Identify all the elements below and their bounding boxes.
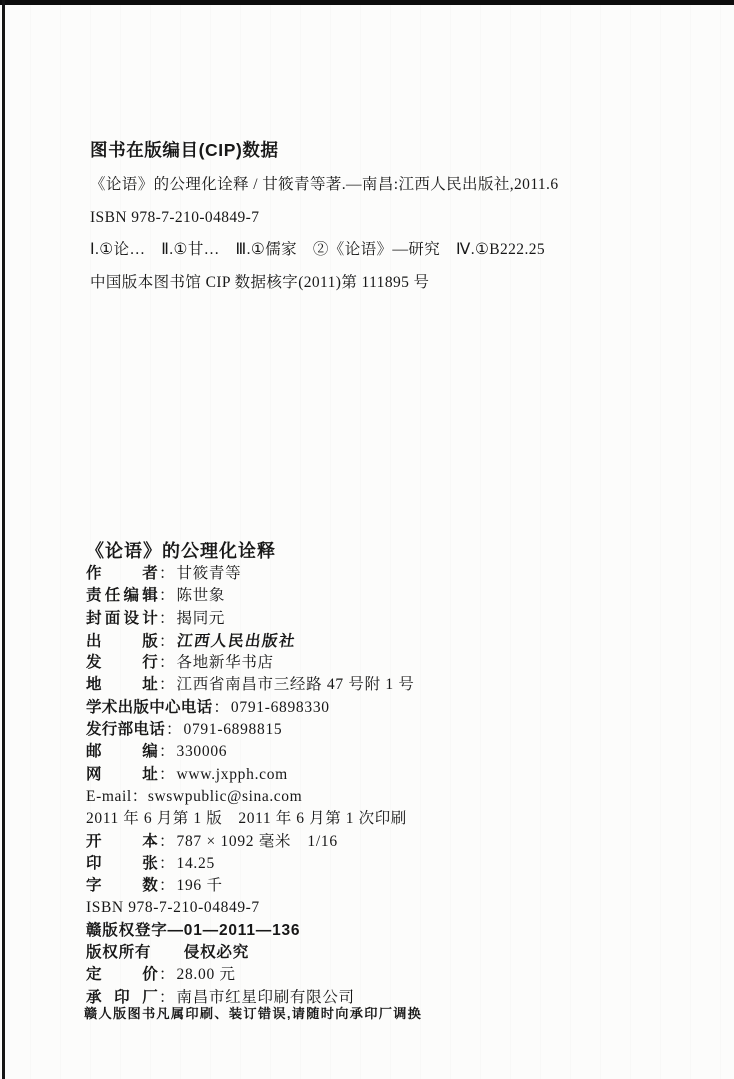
colon: ：: [159, 608, 175, 630]
colon: ：: [159, 875, 175, 897]
field-distributor-label: 发行: [86, 652, 158, 674]
book-copyright-page: 图书在版编目(CIP)数据 《论语》的公理化诠释 / 甘筱青等著.—南昌:江西人…: [0, 0, 734, 1079]
colon: ：: [159, 853, 175, 875]
colon: ：: [159, 563, 175, 585]
field-printed-sheets-value: 14.25: [177, 855, 215, 872]
field-academic-center-phone-value: 0791-6898330: [231, 699, 330, 716]
cip-block: 图书在版编目(CIP)数据 《论语》的公理化诠释 / 甘筱青等著.—南昌:江西人…: [90, 139, 690, 299]
field-postal-code-value: 330006: [177, 743, 228, 760]
cip-classification-line: Ⅰ.①论… Ⅱ.①甘… Ⅲ.①儒家 ②《论语》—研究 Ⅳ.①B222.25: [90, 234, 690, 267]
field-managing-editor-label: 责任编辑: [86, 585, 158, 607]
field-word-count-value: 196 千: [177, 877, 223, 894]
field-postal-code-label: 邮编: [86, 741, 158, 763]
field-registration-number: 赣版权登字—01—2011—136: [86, 920, 706, 942]
cip-heading: 图书在版编目(CIP)数据: [90, 139, 690, 161]
field-email: E-mail：swswpublic@sina.com: [86, 786, 706, 808]
copyright-notice: 版权所有 侵权必究: [86, 942, 706, 964]
field-word-count: 字数：196 千: [86, 875, 706, 897]
page-left-edge: [2, 0, 5, 1079]
cip-record-number-line: 中国版本图书馆 CIP 数据核字(2011)第 111895 号: [90, 267, 690, 300]
field-publisher-value: 江西人民出版社: [175, 630, 297, 652]
field-academic-center-phone: 学术出版中心电话：0791-6898330: [86, 697, 706, 719]
field-website-value: www.jxpph.com: [177, 766, 288, 783]
field-publisher: 出版：江西人民出版社: [86, 630, 706, 652]
field-distributor-value: 各地新华书店: [177, 654, 274, 671]
colophon-block: 作者：甘筱青等 责任编辑：陈世象 封面设计：揭同元 出版：江西人民出版社 发行：…: [86, 563, 706, 1009]
field-format: 开本：787 × 1092 毫米 1/16: [86, 831, 706, 853]
field-distribution-phone-label: 发行部电话: [86, 719, 165, 741]
field-cover-designer-label: 封面设计: [86, 608, 158, 630]
field-postal-code: 邮编：330006: [86, 741, 706, 763]
field-distribution-phone-value: 0791-6898815: [184, 721, 283, 738]
colon: ：: [159, 585, 175, 607]
field-address: 地址：江西省南昌市三经路 47 号附 1 号: [86, 674, 706, 696]
colon: ：: [159, 652, 175, 674]
field-distribution-phone: 发行部电话：0791-6898815: [86, 719, 706, 741]
colon: ：: [213, 697, 229, 719]
field-cover-designer-value: 揭同元: [177, 610, 226, 627]
field-author-label: 作者: [86, 563, 158, 585]
field-academic-center-phone-label: 学术出版中心电话: [86, 697, 212, 719]
field-address-value: 江西省南昌市三经路 47 号附 1 号: [177, 676, 415, 693]
field-isbn-text: ISBN 978-7-210-04849-7: [86, 899, 260, 916]
field-format-label: 开本: [86, 831, 158, 853]
field-word-count-label: 字数: [86, 875, 158, 897]
field-website-label: 网址: [86, 764, 158, 786]
field-printed-sheets-label: 印张: [86, 853, 158, 875]
colon: ：: [159, 674, 175, 696]
field-edition-printing-text: 2011 年 6 月第 1 版 2011 年 6 月第 1 次印刷: [86, 810, 407, 827]
field-edition-printing: 2011 年 6 月第 1 版 2011 年 6 月第 1 次印刷: [86, 808, 706, 830]
field-price: 定价：28.00 元: [86, 964, 706, 986]
field-price-value: 28.00 元: [177, 966, 236, 983]
field-registration-number-text: 赣版权登字—01—2011—136: [86, 922, 300, 939]
field-price-label: 定价: [86, 964, 158, 986]
field-distributor: 发行：各地新华书店: [86, 652, 706, 674]
field-format-value: 787 × 1092 毫米 1/16: [177, 833, 338, 850]
colon: ：: [166, 719, 182, 741]
cip-lines: 《论语》的公理化诠释 / 甘筱青等著.—南昌:江西人民出版社,2011.6 IS…: [90, 169, 690, 299]
field-cover-designer: 封面设计：揭同元: [86, 608, 706, 630]
field-publisher-label: 出版: [86, 631, 158, 653]
field-isbn: ISBN 978-7-210-04849-7: [86, 897, 706, 919]
field-address-label: 地址: [86, 674, 158, 696]
field-managing-editor: 责任编辑：陈世象: [86, 585, 706, 607]
copyright-notice-text: 版权所有 侵权必究: [86, 944, 249, 961]
cip-isbn-line: ISBN 978-7-210-04849-7: [90, 202, 690, 235]
field-managing-editor-value: 陈世象: [177, 587, 226, 604]
cip-bibliographic-line: 《论语》的公理化诠释 / 甘筱青等著.—南昌:江西人民出版社,2011.6: [90, 169, 690, 202]
errata-note: 赣人版图书凡属印刷、装订错误,请随时向承印厂调换: [84, 1003, 422, 1022]
field-website: 网址：www.jxpph.com: [86, 764, 706, 786]
colon: ：: [159, 964, 175, 986]
colon: ：: [159, 831, 175, 853]
field-author-value: 甘筱青等: [177, 565, 242, 582]
book-title: 《论语》的公理化诠释: [86, 537, 276, 563]
field-email-text: E-mail：swswpublic@sina.com: [86, 788, 302, 805]
colon: ：: [159, 741, 175, 763]
field-printed-sheets: 印张：14.25: [86, 853, 706, 875]
colon: ：: [159, 764, 175, 786]
colon: ：: [159, 631, 175, 653]
page-top-edge: [0, 0, 734, 5]
field-author: 作者：甘筱青等: [86, 563, 706, 585]
